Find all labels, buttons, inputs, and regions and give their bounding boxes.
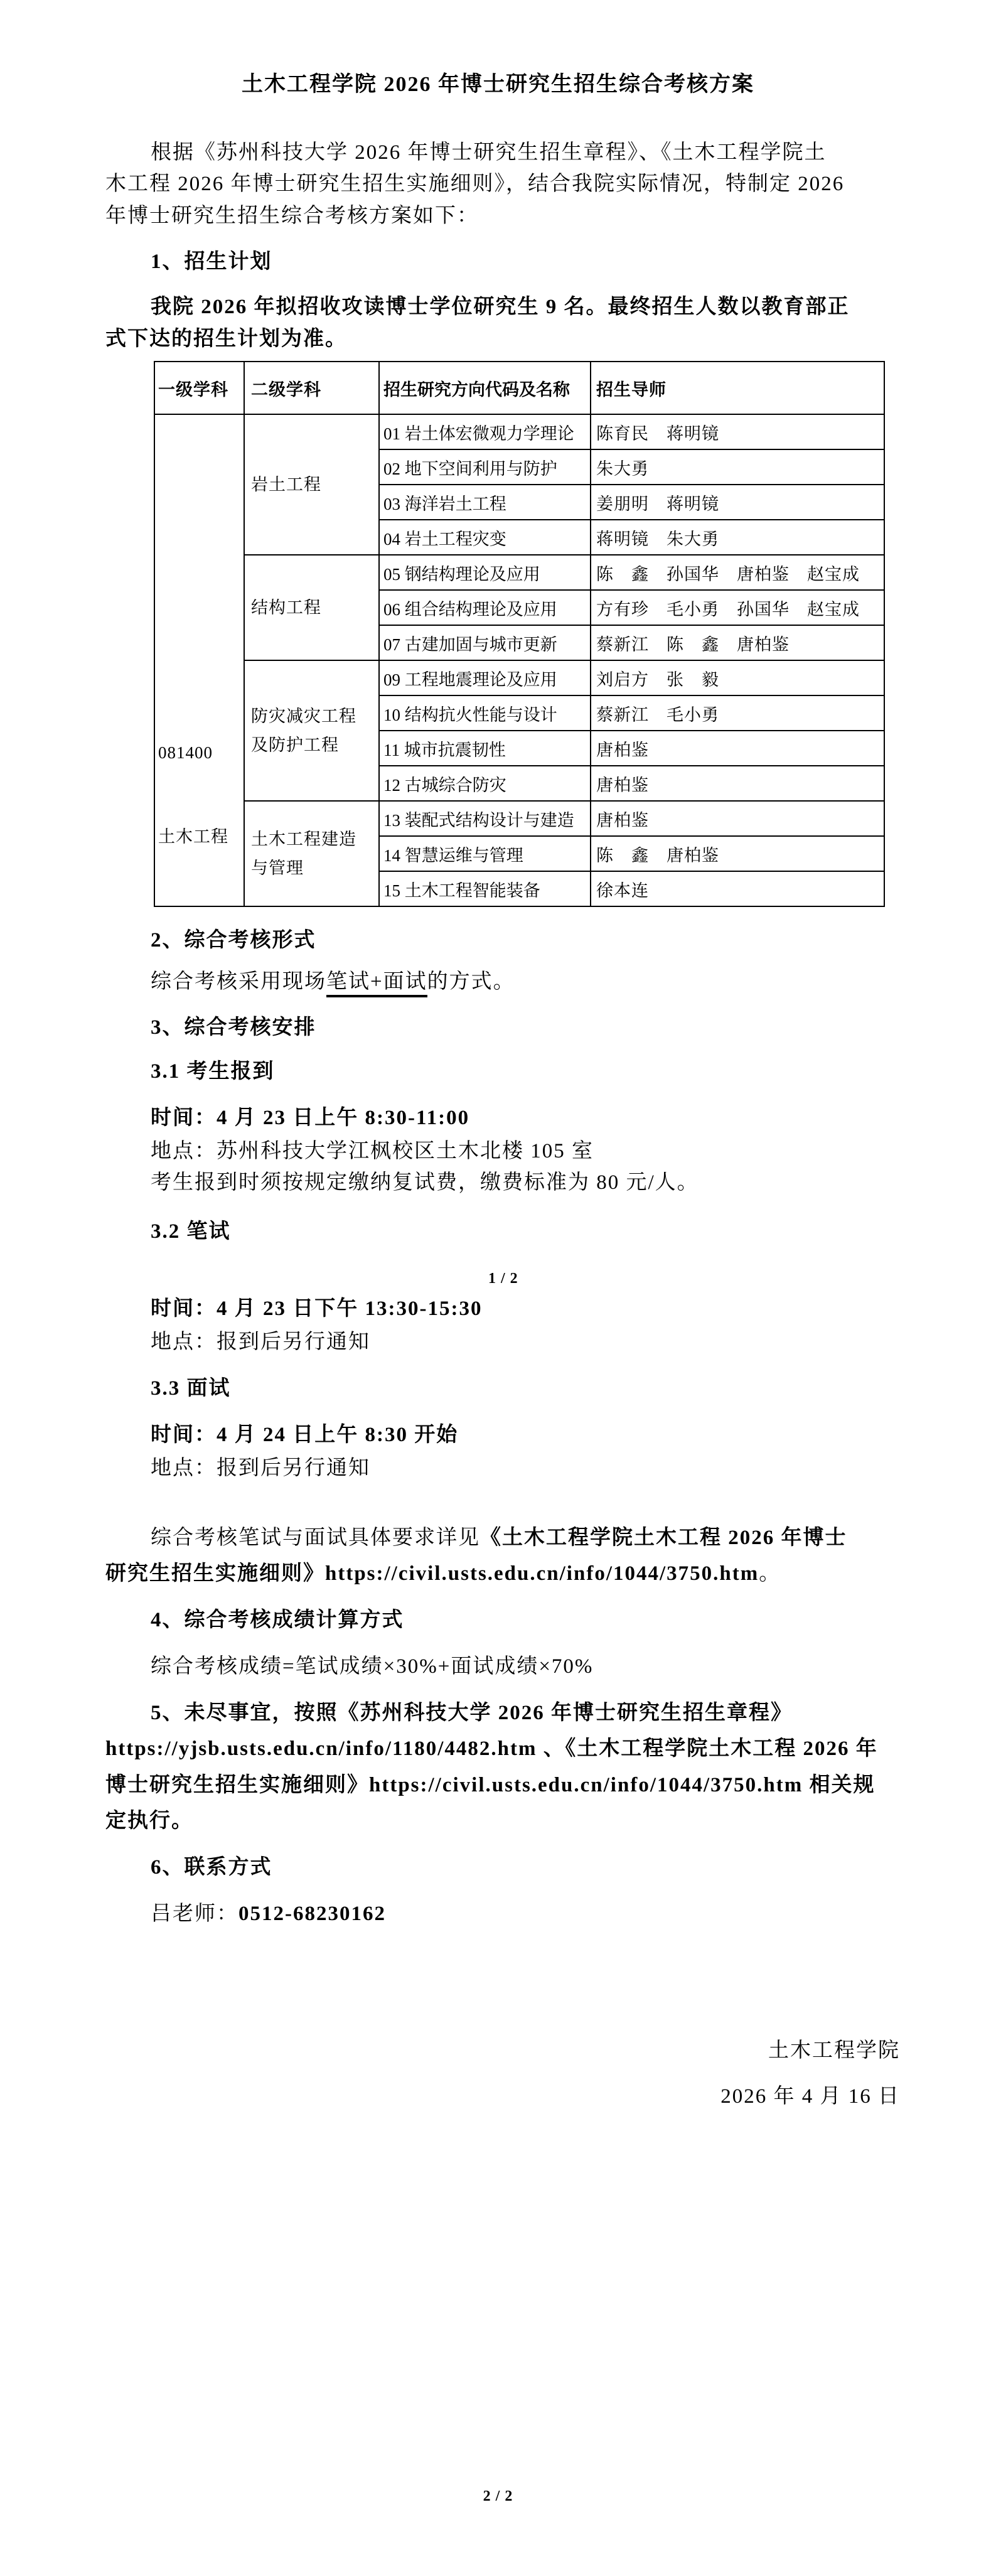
group-structural: 结构工程 xyxy=(244,555,379,660)
section-1-line-1: 我院 2026 年拟招收攻读博士学位研究生 9 名。最终招生人数以教育部正 xyxy=(151,290,850,324)
detail-note-pre: 综合考核笔试与面试具体要求详见 xyxy=(151,1527,480,1549)
direction-cell: 11 城市抗震韧性 xyxy=(379,731,591,766)
doc-title: 土木工程学院 2026 年博士研究生招生综合考核方案 xyxy=(0,67,996,103)
intro-line-3: 年博士研究生招生综合考核方案如下： xyxy=(105,199,479,233)
direction-cell: 05 钢结构理论及应用 xyxy=(379,555,591,590)
col-header-primary-discipline: 一级学科 xyxy=(154,362,244,414)
direction-cell: 01 岩土体宏微观力学理论 xyxy=(379,414,591,449)
direction-cell: 03 海洋岩土工程 xyxy=(379,485,591,520)
table-row: 土木工程建造与管理 13 装配式结构设计与建造 唐柏鉴 xyxy=(154,801,884,836)
checkin-place: 地点：苏州科技大学江枫校区土木北楼 105 室 xyxy=(151,1134,594,1168)
detail-note-end: 。 xyxy=(759,1562,781,1585)
exam-mode-post: 的方式。 xyxy=(427,970,515,993)
contact-line: 吕老师：0512-68230162 xyxy=(151,1897,386,1931)
admission-table: 一级学科 二级学科 招生研究方向代码及名称 招生导师 081400 土木工程 岩… xyxy=(154,361,885,907)
section-3-heading: 3、综合考核安排 xyxy=(151,1011,316,1044)
tutors-cell: 蔡新江 毛小勇 xyxy=(591,695,884,731)
section-4-heading: 4、综合考核成绩计算方式 xyxy=(151,1603,404,1637)
detail-note-url: 研究生招生实施细则》https://civil.usts.edu.cn/info… xyxy=(105,1562,759,1585)
tutors-cell: 陈育民 蒋明镜 xyxy=(591,414,884,449)
table-header-row: 一级学科 二级学科 招生研究方向代码及名称 招生导师 xyxy=(154,362,884,414)
tutors-cell: 朱大勇 xyxy=(591,449,884,485)
section-1-line-2: 式下达的招生计划为准。 xyxy=(105,322,347,356)
direction-cell: 10 结构抗火性能与设计 xyxy=(379,695,591,731)
detail-note-doc-title: 《土木工程学院土木工程 2026 年博士 xyxy=(480,1527,847,1549)
col-header-direction: 招生研究方向代码及名称 xyxy=(379,362,591,414)
tutors-cell: 方有珍 毛小勇 孙国华 赵宝成 xyxy=(591,590,884,625)
detail-note-line-2: 研究生招生实施细则》https://civil.usts.edu.cn/info… xyxy=(105,1557,781,1591)
table-row: 防灾减灾工程及防护工程 09 工程地震理论及应用 刘启方 张 毅 xyxy=(154,660,884,695)
section-2-text: 综合考核采用现场笔试+面试的方式。 xyxy=(151,965,515,999)
tutors-cell: 蒋明镜 朱大勇 xyxy=(591,520,884,555)
section-5-line-4: 定执行。 xyxy=(105,1804,193,1838)
primary-discipline-cell: 081400 土木工程 xyxy=(154,414,244,906)
tutors-cell: 徐本连 xyxy=(591,871,884,906)
table-row: 081400 土木工程 岩土工程 01 岩土体宏微观力学理论 陈育民 蒋明镜 xyxy=(154,414,884,449)
direction-cell: 04 岩土工程灾变 xyxy=(379,520,591,555)
signature-org: 土木工程学院 xyxy=(768,2034,900,2068)
tutors-cell: 蔡新江 陈 鑫 唐柏鉴 xyxy=(591,625,884,660)
direction-cell: 09 工程地震理论及应用 xyxy=(379,660,591,695)
tutors-cell: 陈 鑫 孙国华 唐柏鉴 赵宝成 xyxy=(591,555,884,590)
document-page: 土木工程学院 2026 年博士研究生招生综合考核方案 根据《苏州科技大学 202… xyxy=(0,0,996,2576)
table-row: 结构工程 05 钢结构理论及应用 陈 鑫 孙国华 唐柏鉴 赵宝成 xyxy=(154,555,884,590)
intro-line-1: 根据《苏州科技大学 2026 年博士研究生招生章程》、《土木工程学院土 xyxy=(151,136,827,169)
tutors-cell: 唐柏鉴 xyxy=(591,801,884,836)
section-5-line-1: 5、未尽事宜，按照《苏州科技大学 2026 年博士研究生招生章程》 xyxy=(151,1696,793,1730)
checkin-time: 时间：4 月 23 日上午 8:30-11:00 xyxy=(151,1101,469,1135)
written-exam-time: 时间：4 月 23 日下午 13:30-15:30 xyxy=(151,1292,482,1326)
contact-label: 吕老师： xyxy=(151,1902,238,1925)
tutors-cell: 唐柏鉴 xyxy=(591,731,884,766)
discipline-name: 土木工程 xyxy=(158,826,243,847)
contact-phone: 0512-68230162 xyxy=(238,1902,386,1925)
page-number-footer: 2 / 2 xyxy=(0,2487,996,2506)
tutors-cell: 唐柏鉴 xyxy=(591,766,884,801)
section-2-heading: 2、综合考核形式 xyxy=(151,923,316,957)
written-exam-place: 地点：报到后另行通知 xyxy=(151,1325,370,1359)
detail-note-line-1: 综合考核笔试与面试具体要求详见《土木工程学院土木工程 2026 年博士 xyxy=(151,1521,847,1555)
col-header-secondary-discipline: 二级学科 xyxy=(244,362,379,414)
section-1-heading: 1、招生计划 xyxy=(151,245,272,279)
section-6-heading: 6、联系方式 xyxy=(151,1850,272,1884)
tutors-cell: 陈 鑫 唐柏鉴 xyxy=(591,836,884,871)
direction-cell: 14 智慧运维与管理 xyxy=(379,836,591,871)
tutors-cell: 刘启方 张 毅 xyxy=(591,660,884,695)
discipline-code: 081400 xyxy=(158,742,243,763)
direction-cell: 02 地下空间利用与防护 xyxy=(379,449,591,485)
exam-mode-underlined: 笔试+面试 xyxy=(326,970,427,997)
interview-place: 地点：报到后另行通知 xyxy=(151,1451,370,1485)
direction-cell: 12 古城综合防灾 xyxy=(379,766,591,801)
group-construction-management: 土木工程建造与管理 xyxy=(244,801,379,906)
score-formula: 综合考核成绩=笔试成绩×30%+面试成绩×70% xyxy=(151,1650,593,1683)
section-5-line-3: 博士研究生招生实施细则》https://civil.usts.edu.cn/in… xyxy=(105,1768,875,1802)
interview-time: 时间：4 月 24 日上午 8:30 开始 xyxy=(151,1418,458,1452)
section-3-1-heading: 3.1 考生报到 xyxy=(151,1055,275,1088)
direction-cell: 07 古建加固与城市更新 xyxy=(379,625,591,660)
group-geotechnical: 岩土工程 xyxy=(244,414,379,555)
group-disaster-prevention: 防灾减灾工程及防护工程 xyxy=(244,660,379,801)
direction-cell: 13 装配式结构设计与建造 xyxy=(379,801,591,836)
section-5-line-2: https://yjsb.usts.edu.cn/info/1180/4482.… xyxy=(105,1732,878,1766)
exam-mode-pre: 综合考核采用现场 xyxy=(151,970,326,993)
direction-cell: 06 组合结构理论及应用 xyxy=(379,590,591,625)
signature-date: 2026 年 4 月 16 日 xyxy=(720,2080,900,2113)
intro-line-2: 木工程 2026 年博士研究生招生实施细则》，结合我院实际情况，特制定 2026 xyxy=(105,167,844,201)
section-3-3-heading: 3.3 面试 xyxy=(151,1371,231,1405)
col-header-tutors: 招生导师 xyxy=(591,362,884,414)
direction-cell: 15 土木工程智能装备 xyxy=(379,871,591,906)
section-3-2-heading: 3.2 笔试 xyxy=(151,1215,231,1248)
page-number-inline: 1 / 2 xyxy=(488,1269,518,1288)
checkin-fee-note: 考生报到时须按规定缴纳复试费，缴费标准为 80 元/人。 xyxy=(151,1166,699,1199)
tutors-cell: 姜朋明 蒋明镜 xyxy=(591,485,884,520)
